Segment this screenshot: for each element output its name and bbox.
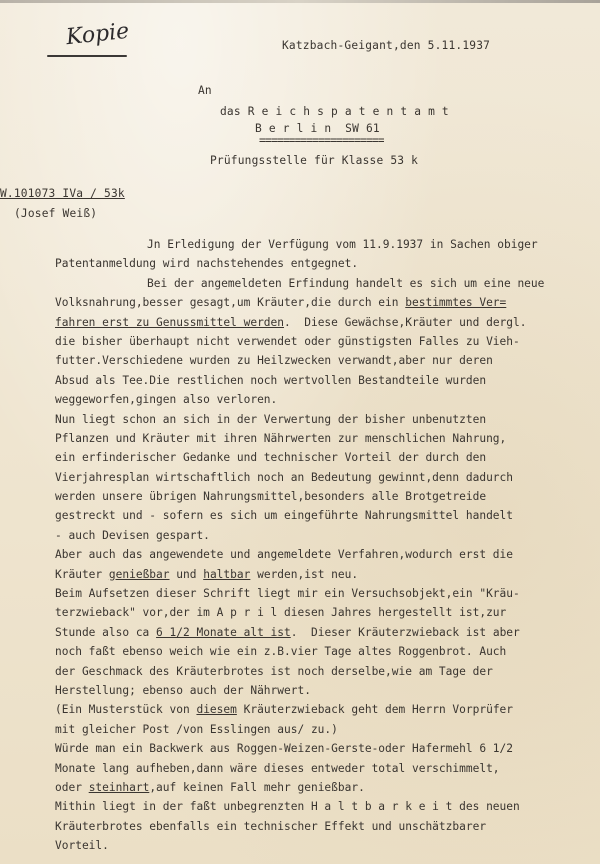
body-line: Nun liegt schon an sich in der Verwertun… [55,410,600,429]
body-line: Herstellung; ebenso auch der Nährwert. [55,681,600,700]
text-run: futter.Verschiedene wurden zu Heilzwecke… [55,354,493,367]
body-line: der Geschmack des Kräuterbrotes ist noch… [55,662,600,681]
text-run: weggeworfen,gingen also verloren. [55,393,277,406]
body-line: Mithin liegt in der faßt unbegrenzten H … [55,797,600,816]
paper-fold-edge [0,0,600,3]
recipient-salutation: An [198,84,212,97]
body-line: mit gleicher Post /von Esslingen aus/ zu… [55,720,600,739]
address-separator: ===================== [259,134,384,147]
underlined-text: genießbar [109,568,170,581]
text-run: Volksnahrung,besser gesagt,um Kräuter,di… [55,296,405,309]
body-line: Stunde also ca 6 1/2 Monate alt ist. Die… [55,623,600,642]
body-line: terzwieback" vor,der im A p r i l diesen… [55,603,600,622]
body-line: Kräuterbrotes ebenfalls ein technischer … [55,817,600,836]
text-run: werden unsere übrigen Nahrungsmittel,bes… [55,490,486,503]
text-run: Aber auch das angewendete und angemeldet… [55,548,513,561]
underlined-text: haltbar [203,568,250,581]
body-line: Patentanmeldung wird nachstehendes entge… [55,254,600,273]
text-run: Vierjahresplan wirtschaftlich noch an Be… [55,471,513,484]
text-run: die bisher überhaupt nicht verwendet ode… [55,335,520,348]
text-run: Würde man ein Backwerk aus Roggen-Weizen… [55,742,513,755]
body-line: Würde man ein Backwerk aus Roggen-Weizen… [55,739,600,758]
body-line: futter.Verschiedene wurden zu Heilzwecke… [55,351,600,370]
text-run: Jn Erledigung der Verfügung vom 11.9.193… [147,238,538,251]
underlined-text: bestimmtes Ver= [405,296,506,309]
file-reference: W.101073 IVa / 53k [0,187,125,200]
body-line: Monate lang aufheben,dann wäre dieses en… [55,759,600,778]
text-run: Herstellung; ebenso auch der Nährwert. [55,684,311,697]
text-run: Kräuterzwieback geht dem Herrn Vorprüfer [237,703,513,716]
body-line: noch faßt ebenso weich wie ein z.B.vier … [55,642,600,661]
body-line: Jn Erledigung der Verfügung vom 11.9.193… [55,235,600,254]
text-run: werden,ist neu. [250,568,358,581]
text-run: Kräuterbrotes ebenfalls ein technischer … [55,820,486,833]
text-run: Beim Aufsetzen dieser Schrift liegt mir … [55,587,520,600]
text-run: Mithin liegt in der faßt unbegrenzten H … [55,800,520,813]
text-run: Absud als Tee.Die restlichen noch wertvo… [55,374,486,387]
body-line: Bei der angemeldeten Erfindung handelt e… [55,274,600,293]
text-run: Nun liegt schon an sich in der Verwertun… [55,413,486,426]
body-line: oder steinhart,auf keinen Fall mehr geni… [55,778,600,797]
recipient-department: Prüfungsstelle für Klasse 53 k [210,154,418,167]
underlined-text: fahren erst zu Genussmittel werden [55,316,284,329]
text-run: noch faßt ebenso weich wie ein z.B.vier … [55,645,506,658]
body-line: Absud als Tee.Die restlichen noch wertvo… [55,371,600,390]
underlined-text: 6 1/2 Monate alt ist [156,626,291,639]
body-line: die bisher überhaupt nicht verwendet ode… [55,332,600,351]
text-run: mit gleicher Post /von Esslingen aus/ zu… [55,723,338,736]
body-line: Pflanzen und Kräuter mit ihren Nährwerte… [55,429,600,448]
body-line: - auch Devisen gespart. [55,526,600,545]
text-run: der Geschmack des Kräuterbrotes ist noch… [55,665,493,678]
text-run: ,auf keinen Fall mehr genießbar. [149,781,365,794]
body-line: Beim Aufsetzen dieser Schrift liegt mir … [55,584,600,603]
text-run: (Ein Musterstück von [55,703,196,716]
text-run: oder [55,781,89,794]
text-run: - auch Devisen gespart. [55,529,210,542]
underlined-text: diesem [196,703,236,716]
text-run: gestreckt und - sofern es sich um eingef… [55,509,513,522]
body-line: Kräuter genießbar und haltbar werden,ist… [55,565,600,584]
body-line: Vierjahresplan wirtschaftlich noch an Be… [55,468,600,487]
body-line: fahren erst zu Genussmittel werden. Dies… [55,313,600,332]
text-run: und [170,568,204,581]
body-line: Aber auch das angewendete und angemeldet… [55,545,600,564]
body-line: (Ein Musterstück von diesem Kräuterzwieb… [55,700,600,719]
annotation-underline [47,55,127,57]
underlined-text: steinhart [89,781,150,794]
body-line: Volksnahrung,besser gesagt,um Kräuter,di… [55,293,600,312]
applicant-name: (Josef Weiß) [14,207,97,220]
text-run: Monate lang aufheben,dann wäre dieses en… [55,762,500,775]
text-run: Kräuter [55,568,109,581]
place-date: Katzbach-Geigant,den 5.11.1937 [282,39,490,52]
text-run: Vorteil. [55,839,109,852]
text-run: . Diese Gewächse,Kräuter und dergl. [284,316,526,329]
text-run: ein erfinderischer Gedanke und technisch… [55,451,486,464]
letter-body: Jn Erledigung der Verfügung vom 11.9.193… [55,235,600,856]
recipient-office: das R e i c h s p a t e n t a m t [220,105,449,118]
text-run: Pflanzen und Kräuter mit ihren Nährwerte… [55,432,506,445]
text-run: . Dieser Kräuterzwieback ist aber [291,626,520,639]
text-run: terzwieback" vor,der im A p r i l diesen… [55,606,506,619]
text-run: Bei der angemeldeten Erfindung handelt e… [147,277,544,290]
body-line: weggeworfen,gingen also verloren. [55,390,600,409]
body-line: ein erfinderischer Gedanke und technisch… [55,448,600,467]
body-line: Vorteil. [55,836,600,855]
body-line: werden unsere übrigen Nahrungsmittel,bes… [55,487,600,506]
text-run: Stunde also ca [55,626,156,639]
text-run: Patentanmeldung wird nachstehendes entge… [55,257,358,270]
body-line: gestreckt und - sofern es sich um eingef… [55,506,600,525]
